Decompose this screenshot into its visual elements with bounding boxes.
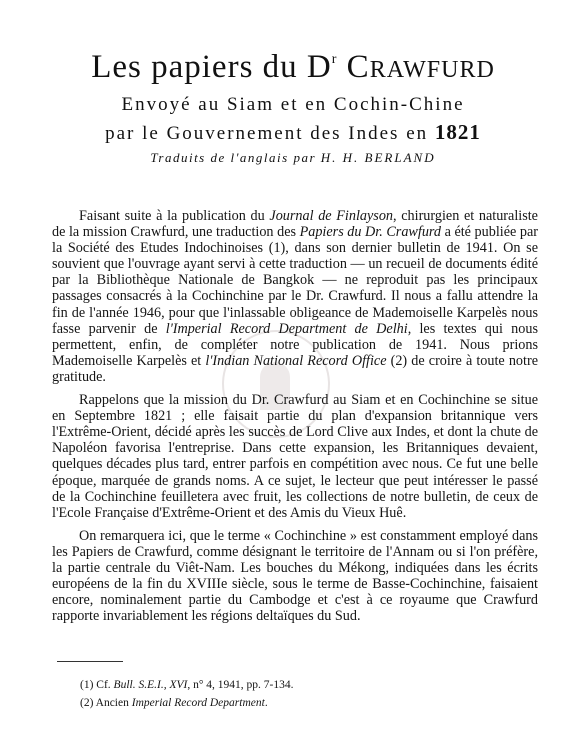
title-text: Les papiers du D bbox=[91, 49, 332, 85]
italic-text: Bull. S.E.I., XVI bbox=[114, 679, 188, 691]
footnote-divider bbox=[57, 661, 123, 662]
title-name-initial: C bbox=[347, 49, 370, 85]
subtitle-year: 1821 bbox=[435, 120, 481, 144]
paragraph: On remarquera ici, que le terme « Cochin… bbox=[52, 528, 538, 625]
text-run: Rappelons que la mission du Dr. Crawfurd… bbox=[52, 392, 538, 521]
title-name-rest: RAWFURD bbox=[370, 57, 495, 83]
byline-prefix: Traduits de l'anglais par bbox=[150, 150, 320, 165]
italic-text: Imperial Record Department bbox=[132, 697, 265, 709]
footnote: (2) Ancien Imperial Record Department. bbox=[80, 694, 500, 712]
italic-text: Journal de Finlayson bbox=[269, 208, 393, 224]
text-run: . bbox=[265, 697, 268, 709]
text-run: On remarquera ici, que le terme « Cochin… bbox=[52, 528, 538, 624]
text-run: (2) Ancien bbox=[80, 697, 132, 709]
italic-text: l'Indian National Record Office bbox=[205, 353, 386, 369]
text-run: Faisant suite à la publication du bbox=[79, 208, 269, 224]
title-superscript: r bbox=[332, 52, 338, 67]
translator-name: H. H. BERLAND bbox=[321, 150, 436, 165]
subtitle-text: par le Gouvernement des Indes en bbox=[105, 123, 435, 144]
italic-text: Papiers du Dr. Crawfurd bbox=[300, 224, 441, 240]
footnote: (1) Cf. Bull. S.E.I., XVI, n° 4, 1941, p… bbox=[80, 676, 500, 694]
subtitle-line-2: par le Gouvernement des Indes en 1821 bbox=[0, 120, 586, 145]
translator-byline: Traduits de l'anglais par H. H. BERLAND bbox=[0, 150, 586, 166]
text-run: , n° 4, 1941, pp. 7-134. bbox=[187, 679, 293, 691]
italic-text: l'Imperial Record Department de Delhi bbox=[166, 321, 408, 337]
article-title: Les papiers du Dr CRAWFURD bbox=[0, 42, 586, 88]
paragraph: Rappelons que la mission du Dr. Crawfurd… bbox=[52, 392, 538, 521]
subtitle-line-1: Envoyé au Siam et en Cochin-Chine bbox=[0, 94, 586, 116]
document-page: Les papiers du Dr CRAWFURD Envoyé au Sia… bbox=[0, 0, 586, 750]
text-run: (1) Cf. bbox=[80, 679, 114, 691]
paragraph: Faisant suite à la publication du Journa… bbox=[52, 208, 538, 385]
footnotes: (1) Cf. Bull. S.E.I., XVI, n° 4, 1941, p… bbox=[80, 676, 500, 712]
article-body: Faisant suite à la publication du Journa… bbox=[52, 208, 538, 631]
